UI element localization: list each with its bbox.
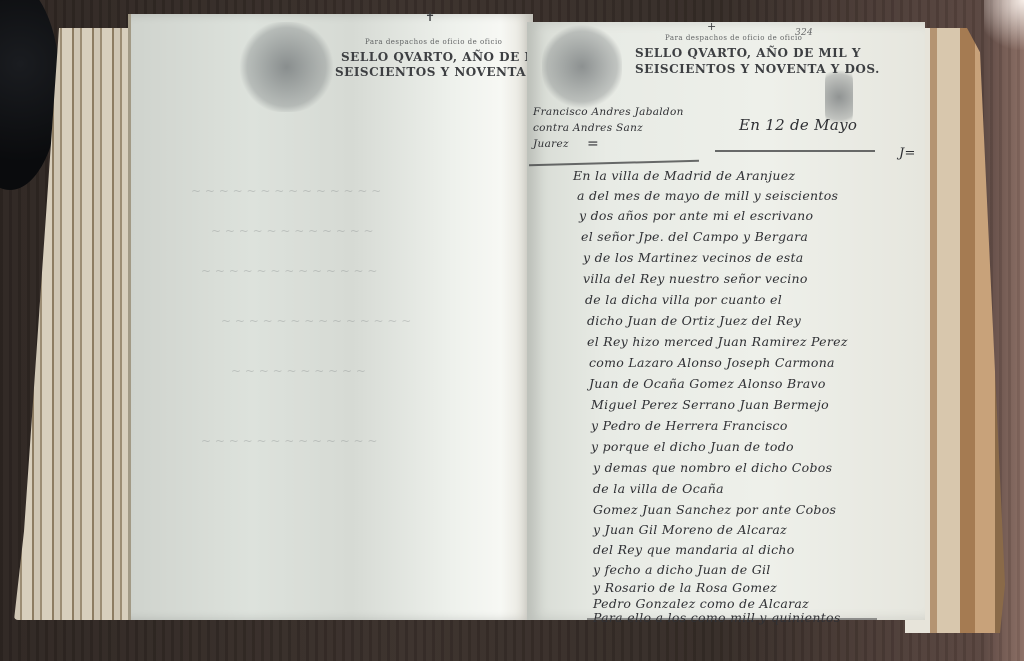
- margin-note-line: contra Andres Sanz: [533, 122, 643, 134]
- manuscript-line: Gomez Juan Sanchez por ante Cobos: [593, 502, 836, 517]
- bleed-through-line: ~ ~ ~ ~ ~ ~ ~ ~ ~ ~: [231, 364, 366, 378]
- royal-seal-stamp: [239, 22, 334, 112]
- bleed-through-line: ~ ~ ~ ~ ~ ~ ~ ~ ~ ~ ~ ~ ~ ~: [221, 314, 411, 328]
- manuscript-line: como Lazaro Alonso Joseph Carmona: [589, 355, 835, 370]
- closing-rule: [587, 618, 877, 620]
- header-small-print: Para despachos de oficio de oficio: [665, 34, 802, 42]
- folio-number: 324: [795, 28, 813, 38]
- manuscript-line: de la villa de Ocaña: [593, 481, 724, 496]
- bleed-through-line: ~ ~ ~ ~ ~ ~ ~ ~ ~ ~ ~ ~ ~: [201, 434, 377, 448]
- manuscript-line: En la villa de Madrid de Aranjuez: [573, 168, 795, 183]
- margin-note-line: Francisco Andres Jabaldon: [533, 106, 684, 118]
- manuscript-line: el Rey hizo merced Juan Ramirez Perez: [587, 334, 848, 349]
- manuscript-line: del Rey que mandaria al dicho: [593, 542, 795, 557]
- manuscript-line: y demas que nombro el dicho Cobos: [593, 460, 832, 475]
- manuscript-line: Miguel Perez Serrano Juan Bermejo: [591, 397, 829, 412]
- manuscript-line: y Pedro de Herrera Francisco: [591, 418, 788, 433]
- manuscript-line: a del mes de mayo de mill y seiscientos: [577, 188, 838, 203]
- manuscript-line: y dos años por ante mi el escrivano: [579, 208, 813, 223]
- margin-note-line: Juarez: [533, 138, 569, 150]
- heading-rule: [529, 160, 699, 166]
- header-small-print: Para despachos de oficio de oficio: [365, 38, 502, 46]
- manuscript-line: dicho Juan de Ortiz Juez del Rey: [587, 313, 801, 328]
- manuscript-line: de la dicha villa por cuanto el: [585, 292, 782, 307]
- manuscript-line: y de los Martinez vecinos de esta: [583, 250, 804, 265]
- manuscript-line: y porque el dicho Juan de todo: [591, 439, 794, 454]
- cross-mark: ✝: [425, 10, 436, 24]
- royal-seal-stamp: [542, 24, 622, 109]
- manuscript-line: y Rosario de la Rosa Gomez: [593, 580, 777, 595]
- manuscript-line: y Juan Gil Moreno de Alcaraz: [593, 522, 787, 537]
- left-page: ✝ Para despachos de oficio de oficio SEL…: [128, 14, 533, 620]
- manuscript-line: y fecho a dicho Juan de Gil: [593, 562, 771, 577]
- manuscript-line: villa del Rey nuestro señor vecino: [583, 271, 808, 286]
- manuscript-line: Pedro Gonzalez como de Alcaraz: [593, 596, 809, 611]
- outer-margin-mark: J=: [899, 146, 916, 161]
- bleed-through-line: ~ ~ ~ ~ ~ ~ ~ ~ ~ ~ ~ ~ ~ ~: [191, 184, 381, 198]
- bleed-through-line: ~ ~ ~ ~ ~ ~ ~ ~ ~ ~ ~ ~: [211, 224, 374, 238]
- open-ledger-book: ✝ Para despachos de oficio de oficio SEL…: [0, 0, 1024, 661]
- manuscript-line: el señor Jpe. del Campo y Bergara: [581, 229, 808, 244]
- seal-line-1: SELLO QVARTO, AÑO DE MIL Y: [635, 46, 861, 60]
- date-heading: En 12 de Mayo: [739, 116, 857, 134]
- heading-rule: [715, 150, 875, 152]
- bleed-through-line: ~ ~ ~ ~ ~ ~ ~ ~ ~ ~ ~ ~ ~: [201, 264, 377, 278]
- right-page: + Para despachos de oficio de oficio 324…: [527, 22, 925, 620]
- margin-note-mark: =: [587, 136, 599, 152]
- manuscript-line: Juan de Ocaña Gomez Alonso Bravo: [589, 376, 826, 391]
- cross-mark: +: [707, 20, 717, 33]
